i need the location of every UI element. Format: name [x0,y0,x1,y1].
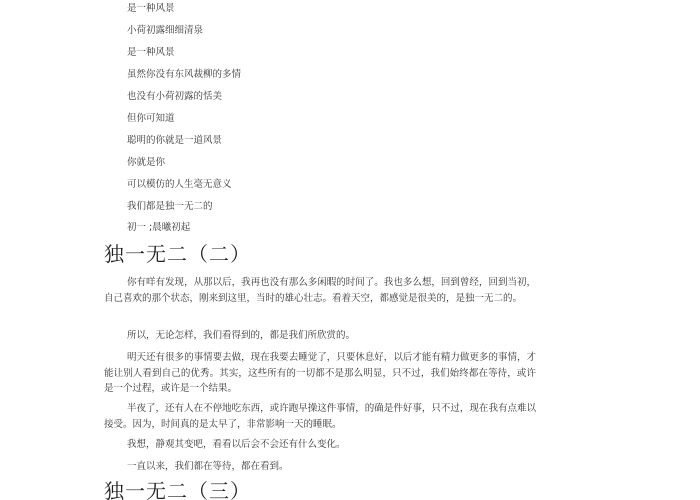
poem-line: 聪明的你就是一道风景 [127,135,222,147]
paragraph: 我想，静观其变吧，看看以后会不会还有什么变化。 [104,437,536,453]
poem-line: 是一种风景 [127,47,175,59]
paragraph: 明天还有很多的事情要去做，现在我要去睡觉了，只要休息好，以后才能有精力做更多的事… [104,350,536,397]
poem-line: 但你可知道 [127,113,175,125]
poem-line: 也没有小荷初露的恬美 [127,91,222,103]
poem-line: 你就是你 [127,157,165,169]
poem-line: 我们都是独一无二的 [127,201,213,213]
poem-line: 可以模仿的人生毫无意义 [127,179,232,191]
paragraph: 所以，无论怎样，我们看得到的，都是我们所欣赏的。 [104,328,536,344]
paragraph: 你有咩有发现，从那以后，我再也没有那么多闲暇的时间了。我也多么想，回到曾经，回到… [104,275,536,306]
section-heading: 独一无二（二） [104,242,251,266]
paragraph: 半夜了，还有人在不停地吃东西，或许跑早操这件事情，的确是件好事，只不过，现在我有… [104,401,536,432]
poem-line: 是一种风景 [127,3,175,15]
paragraph: 一直以来，我们都在等待，都在看到。 [104,459,536,475]
poem-line: 小荷初露细细清泉 [127,25,203,37]
section-heading: 独一无二（三） [104,479,251,500]
poem-line: 初一 ;晨曦初起 [127,222,190,234]
poem-line: 虽然你没有东风裁柳的多情 [127,69,241,81]
